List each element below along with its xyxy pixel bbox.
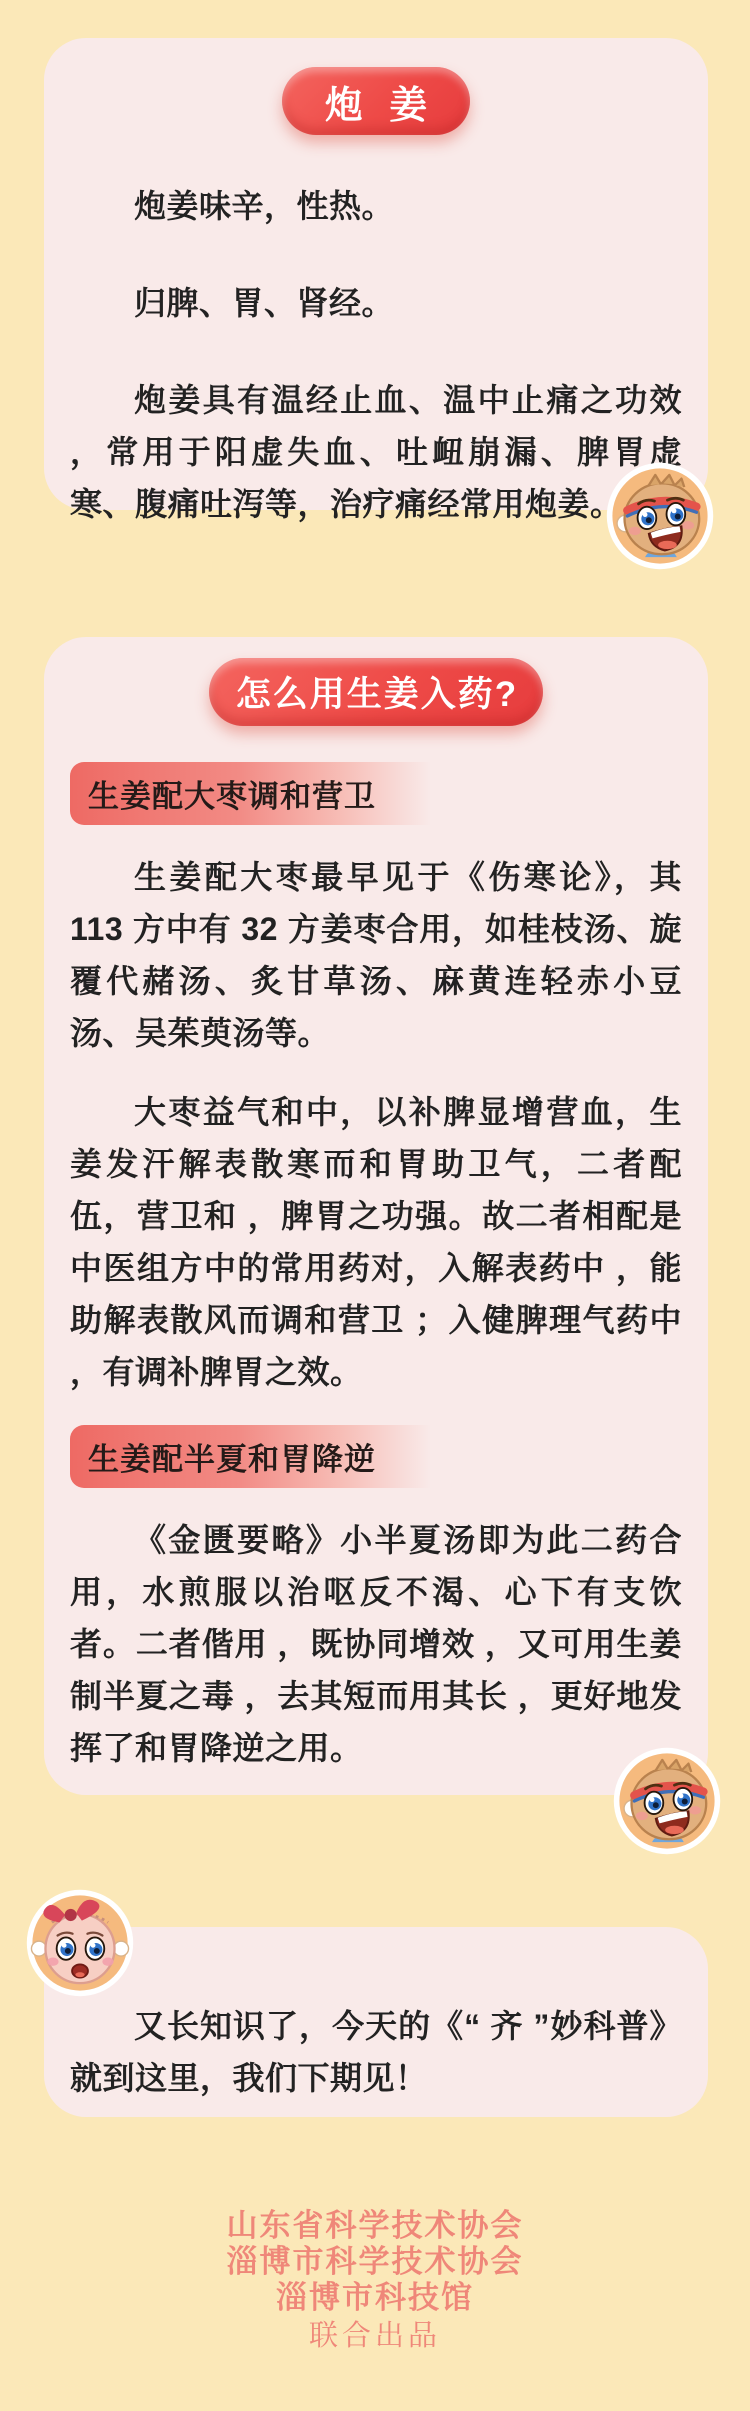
closing-text: 又长知识了，今天的《“ 齐 ”妙科普》就到这里，我们下期见！ bbox=[70, 2000, 682, 2104]
paojiang-card: 炮 姜 炮姜味辛，性热。 归脾、胃、肾经。 炮姜具有温经止血、温中止痛之功效 ，… bbox=[44, 38, 708, 510]
ginger-girl-avatar bbox=[24, 1887, 136, 1999]
paojiang-title-pill: 炮 姜 bbox=[282, 67, 470, 135]
dazao-paragraph-function: 大枣益气和中，以补脾显增营血，生姜发汗解表散寒而和胃助卫气，二者配伍，营卫和 ，… bbox=[70, 1086, 682, 1398]
paojiang-paragraph-effects: 炮姜具有温经止血、温中止痛之功效 ，常用于阳虚失血、吐衄崩漏、脾胃虚寒、腹痛吐泻… bbox=[70, 374, 682, 530]
section-heading-dazao-label: 生姜配大枣调和营卫 bbox=[88, 779, 376, 814]
dazao-paragraph-origin: 生姜配大枣最早见于《伤寒论》，其113 方中有 32 方姜枣合用，如桂枝汤、旋覆… bbox=[70, 851, 682, 1059]
usage-title-label: 怎么用生姜入药? bbox=[234, 667, 518, 717]
section-heading-dazao: 生姜配大枣调和营卫 bbox=[70, 762, 446, 825]
credit-line-shandong: 山东省科学技术协会 bbox=[0, 2208, 750, 2244]
credit-line-zibo-assoc: 淄博市科学技术协会 bbox=[0, 2244, 750, 2280]
credits-footer: 山东省科学技术协会 淄博市科学技术协会 淄博市科技馆 联合出品 bbox=[0, 2208, 750, 2354]
ginger-boy-icon bbox=[611, 1745, 723, 1857]
closing-card: 又长知识了，今天的《“ 齐 ”妙科普》就到这里，我们下期见！ bbox=[44, 1927, 708, 2117]
ginger-boy-avatar bbox=[604, 460, 716, 572]
paojiang-paragraph-taste: 炮姜味辛，性热。 bbox=[70, 180, 682, 232]
ginger-boy-icon bbox=[604, 460, 716, 572]
usage-title-pill: 怎么用生姜入药? bbox=[209, 658, 543, 726]
banxia-paragraph: 《金匮要略》小半夏汤即为此二药合用，水煎服以治呕反不渴、心下有支饮者。二者偕用 … bbox=[70, 1514, 682, 1774]
ginger-usage-card: 怎么用生姜入药? 生姜配大枣调和营卫 生姜配大枣最早见于《伤寒论》，其113 方… bbox=[44, 637, 708, 1795]
ginger-boy-avatar bbox=[611, 1745, 723, 1857]
ginger-girl-icon bbox=[24, 1887, 136, 1999]
credit-line-joint-production: 联合出品 bbox=[0, 2318, 750, 2354]
paojiang-paragraph-meridians: 归脾、胃、肾经。 bbox=[70, 277, 682, 329]
science-infographic-page: 炮 姜 炮姜味辛，性热。 归脾、胃、肾经。 炮姜具有温经止血、温中止痛之功效 ，… bbox=[0, 0, 750, 2411]
section-heading-banxia-label: 生姜配半夏和胃降逆 bbox=[88, 1442, 376, 1477]
paojiang-title-label: 炮 姜 bbox=[317, 74, 436, 129]
section-heading-banxia: 生姜配半夏和胃降逆 bbox=[70, 1425, 446, 1488]
credit-line-zibo-museum: 淄博市科技馆 bbox=[0, 2280, 750, 2316]
